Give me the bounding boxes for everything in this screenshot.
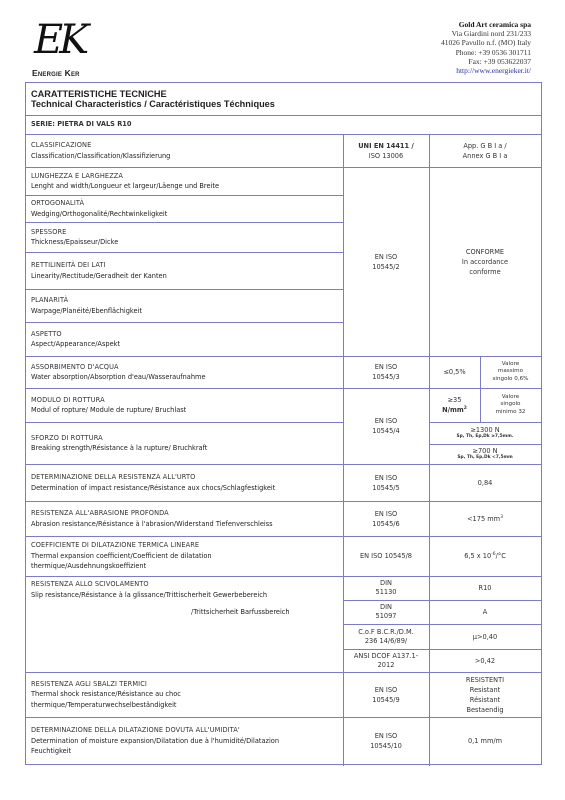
row-urto-label: DETERMINAZIONE DELLA RESISTENZA ALL'URTO… xyxy=(26,464,343,501)
row-aspetto-label: ASPETTO Aspect/Appearance/Aspekt xyxy=(26,322,343,356)
note-line: Valore xyxy=(502,361,519,369)
label-it: DETERMINAZIONE DELLA DILATAZIONE DOVUTA … xyxy=(31,725,343,736)
label-en: Abrasion resistance/Résistance à l'abras… xyxy=(31,519,343,530)
label-it: RESISTENZA AGLI SBALZI TERMICI xyxy=(31,679,343,690)
label-it: RESISTENZA ALL'ABRASIONE PROFONDA xyxy=(31,508,343,519)
value-exponent: 3 xyxy=(500,514,503,519)
row-abrasione-label: RESISTENZA ALL'ABRASIONE PROFONDA Abrasi… xyxy=(26,501,343,536)
row-assorbimento-note: Valore massimo singolo 0,6% xyxy=(480,356,541,388)
row-classificazione-value: App. G B I a / Annex G B I a xyxy=(429,134,541,167)
row-sforzo-value-a: ≥1300 N Sp, Th, Ep,Dk ≥7,5mm. xyxy=(429,422,541,444)
row-scivolamento-label-2: /Trittsicherheit Barfussbereich xyxy=(26,605,343,619)
label-en: Lenght and width/Longueur et largeur/Läe… xyxy=(31,181,343,192)
label-it: DETERMINAZIONE DELLA RESISTENZA ALL'URTO xyxy=(31,472,343,483)
value-text: 6,5 x 10 xyxy=(464,552,491,560)
label-it: RETTILINEITÀ DEI LATI xyxy=(31,260,343,271)
norm-line: ANSI DCOF A137.1- xyxy=(354,652,418,661)
value-text: <175 mm xyxy=(467,515,500,523)
norm-line: 236 14/6/89/ xyxy=(365,637,407,646)
dimensional-norm: EN ISO 10545/2 xyxy=(343,167,429,356)
note-line: minimo 32 xyxy=(496,409,526,417)
norm-line: UNI EN 14411 / xyxy=(358,141,414,151)
label-en: Linearity/Rectitude/Geradheit der Kanten xyxy=(31,271,343,282)
value-line: ≥35 xyxy=(448,395,462,405)
label-en: Modul of ropture/ Module de rupture/ Bru… xyxy=(31,405,343,416)
value-line: CONFORME xyxy=(466,247,504,257)
label-it: SPESSORE xyxy=(31,227,343,238)
norm-line: 10545/5 xyxy=(372,483,399,493)
norm-line: EN ISO xyxy=(375,509,398,519)
label-en: Classification/Classification/Klassifizi… xyxy=(31,151,343,162)
label-it: MODULO DI ROTTURA xyxy=(31,395,343,406)
label-it: PLANARITÀ xyxy=(31,295,343,306)
norm-line: 10545/9 xyxy=(372,695,399,705)
label-en: Thickness/Epaisseur/Dicke xyxy=(31,237,343,248)
label-it: COEFFICIENTE DI DILATAZIONE TERMICA LINE… xyxy=(31,540,343,551)
norm-line: 2012 xyxy=(378,661,395,670)
label-en: thermique/Temperaturwechselbeständigkeit xyxy=(31,700,343,711)
label-it: CLASSIFICAZIONE xyxy=(31,140,343,151)
row-urto-value: 0,84 xyxy=(429,464,541,501)
label-it: LUNGHEZZA E LARGHEZZA xyxy=(31,171,343,182)
row-classificazione-norm: UNI EN 14411 / ISO 13006 xyxy=(343,134,429,167)
value-line: RESISTENTI xyxy=(466,675,504,685)
row-umidita-value: 0,1 mm/m xyxy=(429,717,541,765)
row-planarita-label: PLANARITÀ Warpage/Planéité/Ebenflächigke… xyxy=(26,289,343,322)
value-line: ≥1300 N xyxy=(470,426,499,434)
note-line: singolo 0,6% xyxy=(493,376,529,384)
row-sbalzi-label: RESISTENZA AGLI SBALZI TERMICI Thermal s… xyxy=(26,672,343,717)
title-italian: CARATTERISTICHE TECNICHE xyxy=(31,89,541,99)
norm-line: EN ISO xyxy=(375,473,398,483)
value-line: In accordance xyxy=(462,257,508,267)
company-fax: Fax: +39 053622037 xyxy=(441,57,531,66)
value-unit: N/mm xyxy=(442,406,464,414)
row-sforzo-value-b: ≥700 N Sp, Th, Ep,Dk <7,5mm xyxy=(429,444,541,464)
row-modulo-note: Valore singolo minimo 32 xyxy=(480,388,541,422)
note-line: massimo xyxy=(498,368,523,376)
norm-line: C.o.F B.C.R./D.M. xyxy=(358,628,414,637)
norm-line: 51130 xyxy=(376,588,397,597)
norm-line: DIN xyxy=(380,579,392,588)
label-en: Determination of impact resistance/Résis… xyxy=(31,483,343,494)
slip-test-value: >0,42 xyxy=(429,649,541,672)
label-en: Water absorption/Absorption d'eau/Wasser… xyxy=(31,372,343,383)
label-en: /Trittsicherheit Barfussbereich xyxy=(191,607,290,618)
norm-line: 10545/10 xyxy=(370,741,402,751)
label-en: Slip resistance/Résistance à la glissanc… xyxy=(31,590,343,601)
slip-test-norm: DIN 51097 xyxy=(343,600,429,624)
slip-test-norm: C.o.F B.C.R./D.M. 236 14/6/89/ xyxy=(343,624,429,649)
company-website-link[interactable]: http://www.energieker.it/ xyxy=(441,66,531,75)
row-modulo-value: ≥35 N/mm2 xyxy=(429,388,480,422)
row-sbalzi-norm: EN ISO 10545/9 xyxy=(343,672,429,717)
norm-line: EN ISO xyxy=(375,731,398,741)
row-ortogonalita-label: ORTOGONALITÀ Wedging/Orthogonalité/Recht… xyxy=(26,195,343,222)
company-address-1: Via Giardini nord 231/233 xyxy=(441,29,531,38)
slip-test-value: R10 xyxy=(429,576,541,600)
row-urto-norm: EN ISO 10545/5 xyxy=(343,464,429,501)
logo-mark: EK xyxy=(34,18,85,62)
norm-line: 10545/6 xyxy=(372,519,399,529)
norm-line: EN ISO xyxy=(375,362,398,372)
value-line: Resistant xyxy=(470,685,500,695)
label-it: ASPETTO xyxy=(31,329,343,340)
slip-test-norm: DIN 51130 xyxy=(343,576,429,600)
label-en: Warpage/Planéité/Ebenflächigkeit xyxy=(31,306,343,317)
label-en: Aspect/Appearance/Aspekt xyxy=(31,339,343,350)
company-name: Gold Art ceramica spa xyxy=(441,20,531,29)
label-en: Feuchtigkeit xyxy=(31,746,343,757)
document-title: CARATTERISTICHE TECNICHE Technical Chara… xyxy=(26,83,541,115)
label-en: Breaking strength/Résistance à la ruptur… xyxy=(31,443,343,454)
norm-line: EN ISO xyxy=(375,252,398,262)
company-address-2: 41026 Pavullo n.f. (MO) Italy xyxy=(441,38,531,47)
row-umidita-label: DETERMINAZIONE DELLA DILATAZIONE DOVUTA … xyxy=(26,717,343,765)
row-dilatazione-termica-value: 6,5 x 10-6/°C xyxy=(429,536,541,576)
value-unit-exponent: 2 xyxy=(464,406,467,411)
row-rettilineita-label: RETTILINEITÀ DEI LATI Linearity/Rectitud… xyxy=(26,252,343,289)
energie-ker-logo: EK Energie Ker xyxy=(28,18,98,80)
slip-test-value: μ>0,40 xyxy=(429,624,541,649)
dimensional-value: CONFORME In accordance conforme xyxy=(429,167,541,356)
serie-label: SERIE: PIETRA DI VALS R10 xyxy=(26,115,541,134)
value-line: Annex G B I a xyxy=(463,151,508,161)
norm-line: 51097 xyxy=(376,612,397,621)
label-en: thermique/Ausdehnungskoeffizient xyxy=(31,561,343,572)
row-spessore-label: SPESSORE Thickness/Epaisseur/Dicke xyxy=(26,222,343,252)
value-line: Bestaendig xyxy=(466,705,503,715)
label-it: ORTOGONALITÀ xyxy=(31,198,343,209)
note-line: singolo xyxy=(501,401,521,409)
company-phone: Phone: +39 0536 301711 xyxy=(441,48,531,57)
row-lunghezza-label: LUNGHEZZA E LARGHEZZA Lenght and width/L… xyxy=(26,167,343,195)
value-line: ≥700 N xyxy=(472,447,497,455)
value-line: Résistant xyxy=(470,695,500,705)
slip-test-norm: ANSI DCOF A137.1- 2012 xyxy=(343,649,429,672)
value-unit: /°C xyxy=(496,552,506,560)
row-assorbimento-label: ASSORBIMENTO D'ACQUA Water absorption/Ab… xyxy=(26,356,343,388)
norm-line: 10545/4 xyxy=(372,426,399,436)
row-sforzo-label: SFORZO DI ROTTURA Breaking strength/Rési… xyxy=(26,422,343,464)
company-info: Gold Art ceramica spa Via Giardini nord … xyxy=(441,20,531,75)
label-en: Wedging/Orthogonalité/Rechtwinkeligkeit xyxy=(31,209,343,220)
row-dilatazione-termica-label: COEFFICIENTE DI DILATAZIONE TERMICA LINE… xyxy=(26,536,343,576)
slip-test-value: A xyxy=(429,600,541,624)
note-line: Valore xyxy=(502,394,519,402)
norm-line: EN ISO xyxy=(375,416,398,426)
row-modulo-label: MODULO DI ROTTURA Modul of ropture/ Modu… xyxy=(26,388,343,422)
norm-line: 10545/3 xyxy=(372,372,399,382)
row-assorbimento-norm: EN ISO 10545/3 xyxy=(343,356,429,388)
logo-brand: Energie Ker xyxy=(32,68,80,78)
row-abrasione-norm: EN ISO 10545/6 xyxy=(343,501,429,536)
label-it: SFORZO DI ROTTURA xyxy=(31,433,343,444)
rottura-norm: EN ISO 10545/4 xyxy=(343,388,429,464)
norm-line: 10545/2 xyxy=(372,262,399,272)
label-it: RESISTENZA ALLO SCIVOLAMENTO xyxy=(31,579,343,590)
label-it: ASSORBIMENTO D'ACQUA xyxy=(31,362,343,373)
label-en: Thermal expansion coefficient/Coefficien… xyxy=(31,551,343,562)
norm-line: EN ISO xyxy=(375,685,398,695)
condition-line: Sp, Th, Ep,Dk ≥7,5mm. xyxy=(457,434,514,440)
row-dilatazione-termica-norm: EN ISO 10545/8 xyxy=(343,536,429,576)
title-multilingual: Technical Characteristics / Caractéristi… xyxy=(31,99,541,109)
row-sbalzi-value: RESISTENTI Resistant Résistant Bestaendi… xyxy=(429,672,541,717)
row-assorbimento-value: ≤0,5% xyxy=(429,356,480,388)
label-en: Thermal shock resistance/Résistance au c… xyxy=(31,689,343,700)
row-classificazione-label: CLASSIFICAZIONE Classification/Classific… xyxy=(26,134,343,167)
label-en: Determination of moisture expansion/Dila… xyxy=(31,736,343,747)
row-abrasione-value: <175 mm3 xyxy=(429,501,541,536)
value-line: conforme xyxy=(469,267,500,277)
condition-line: Sp, Th, Ep,Dk <7,5mm xyxy=(457,455,512,461)
value-line: App. G B I a / xyxy=(463,141,506,151)
row-umidita-norm: EN ISO 10545/10 xyxy=(343,717,429,765)
norm-line: ISO 13006 xyxy=(369,151,403,161)
norm-line: DIN xyxy=(380,603,392,612)
technical-characteristics-table: CARATTERISTICHE TECNICHE Technical Chara… xyxy=(25,82,542,765)
